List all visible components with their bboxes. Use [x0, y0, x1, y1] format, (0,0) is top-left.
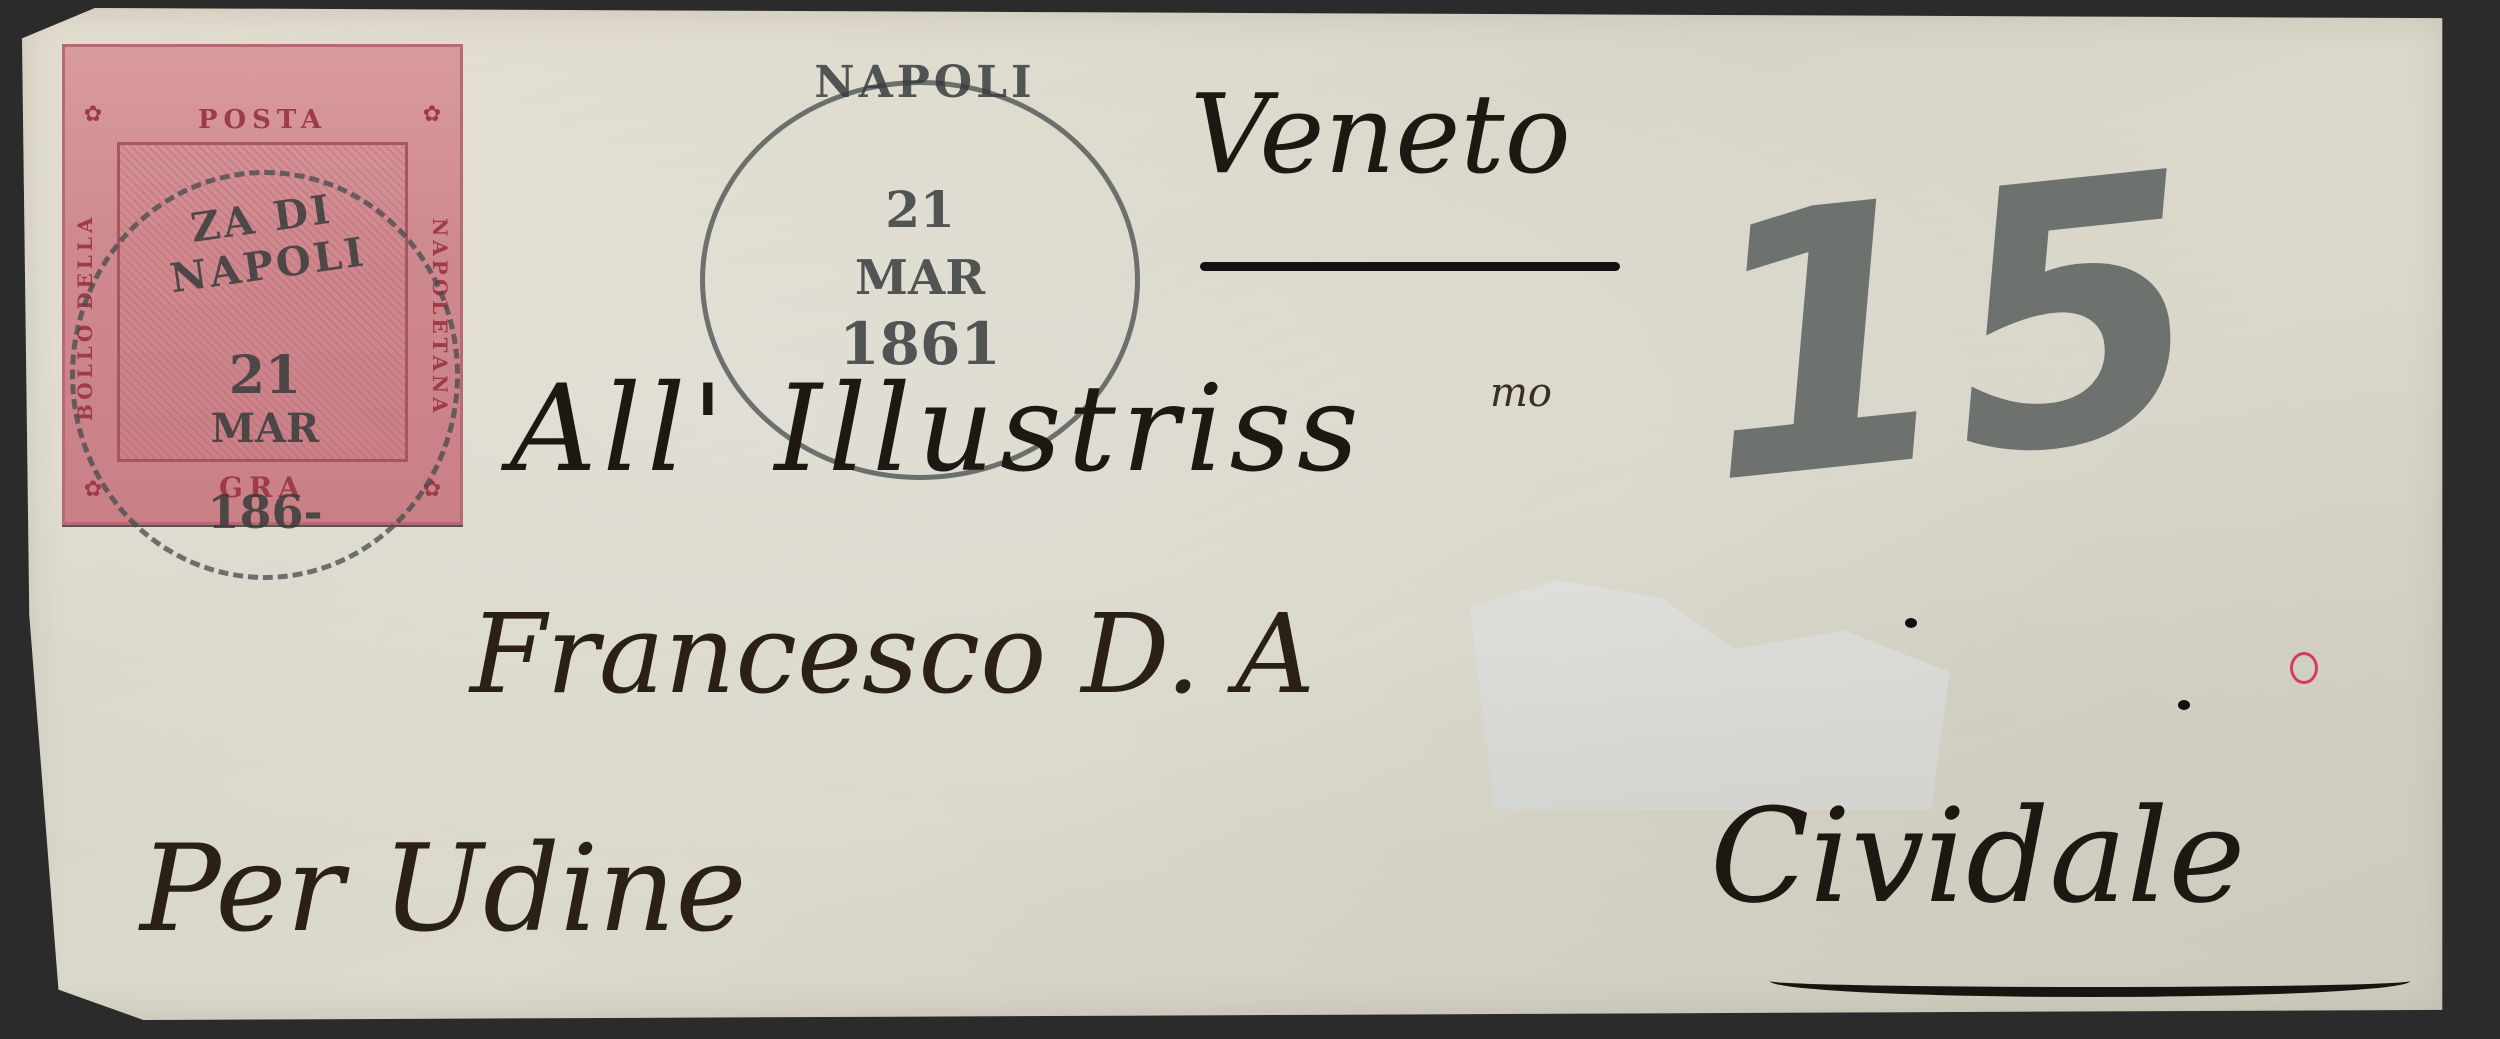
ink-spot	[2178, 700, 2190, 710]
destination-city: Cividale	[1710, 780, 2245, 932]
salutation-abbreviation: mo	[1490, 370, 1552, 416]
red-circle-mark-icon	[2290, 652, 2318, 684]
ink-spot	[1905, 618, 1917, 628]
postage-due-marking: 15	[1683, 125, 2219, 535]
stamp-corner-ornament-icon: ✿	[418, 101, 446, 129]
salutation: All' Illustriss	[510, 360, 1365, 499]
postmark-left: ZA DI NAPOLI 21 MAR 186-	[70, 170, 460, 580]
postmark-left-day: 21	[75, 345, 455, 406]
via-city: Per Udine	[140, 820, 747, 959]
routing-underline	[1200, 262, 1620, 271]
postmark-center-day: 21	[705, 180, 1135, 239]
stamp-corner-ornament-icon: ✿	[79, 101, 107, 129]
stamp-top-label: POSTA	[65, 105, 460, 135]
postmark-center-month: MAR	[705, 250, 1135, 306]
addressee-name: Francesco D. A	[470, 590, 1315, 718]
postmark-left-month: MAR	[75, 405, 455, 452]
postmark-center-arc-text: NAPOLI	[735, 57, 1115, 108]
postmark-left-year: 186-	[75, 485, 455, 539]
routing-instruction: Veneto	[1190, 70, 1571, 198]
destination-flourish	[1770, 965, 2410, 997]
